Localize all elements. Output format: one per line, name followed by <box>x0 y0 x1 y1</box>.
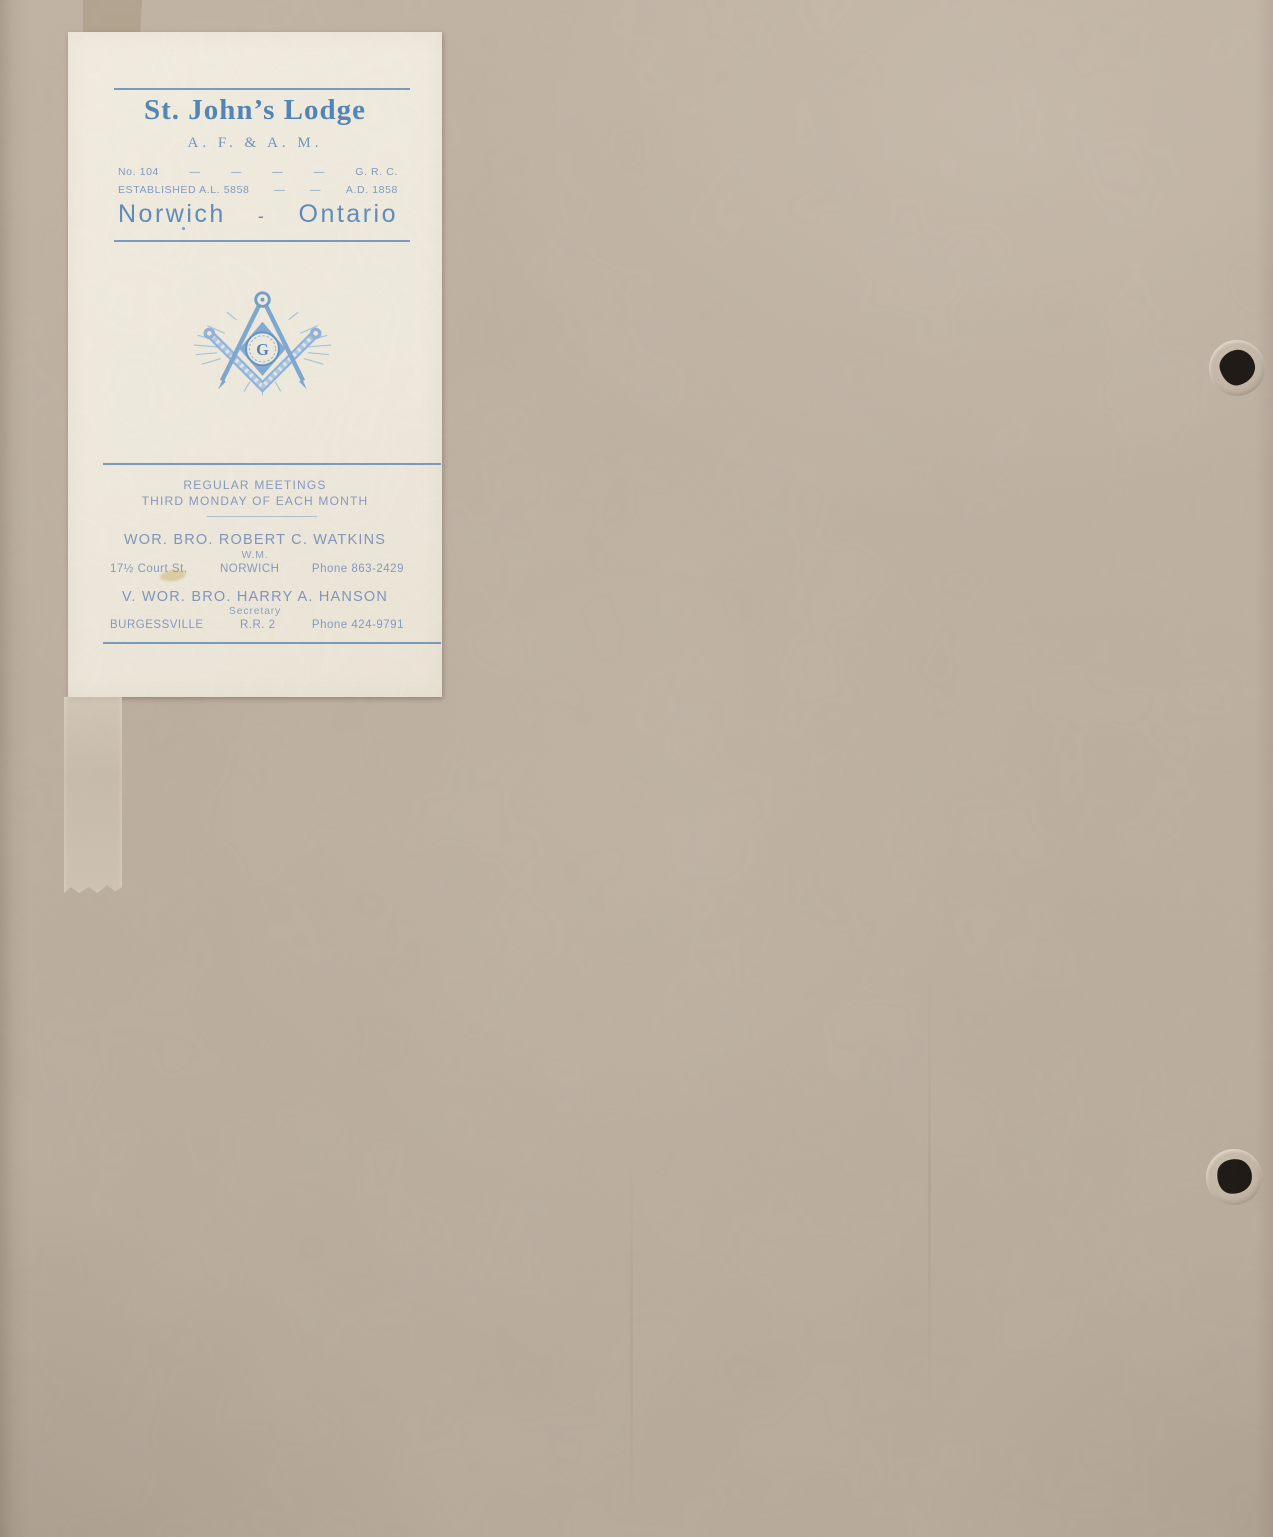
dash: — <box>272 166 283 178</box>
punch-hole-top <box>1209 340 1265 396</box>
punch-hole-bottom <box>1206 1149 1262 1205</box>
officer-title: Secretary <box>68 605 442 617</box>
officer-contact-row: 17½ Court St. NORWICH Phone 863-2429 <box>110 563 404 575</box>
tape-strip-left <box>64 697 122 893</box>
officer-place: NORWICH <box>220 563 280 575</box>
officer-phone: Phone 863-2429 <box>312 563 404 575</box>
established-label: ESTABLISHED A.L. 5858 <box>118 184 249 196</box>
established-row: ESTABLISHED A.L. 5858 — — A.D. 1858 <box>118 184 398 196</box>
lodge-number: No. 104 <box>118 166 159 178</box>
card-title: St. John’s Lodge <box>68 94 442 127</box>
officer-phone: Phone 424-9791 <box>312 619 404 631</box>
horizontal-rule <box>103 642 441 644</box>
established-year: A.D. 1858 <box>346 184 398 196</box>
officer-address: BURGESSVILLE <box>110 619 204 631</box>
dash: — <box>189 166 200 178</box>
punch-hole-opening <box>1215 1157 1255 1197</box>
horizontal-rule <box>114 88 410 90</box>
scrapbook-page-photo: St. John’s Lodge A. F. & A. M. No. 104 —… <box>0 0 1273 1537</box>
paper-crease <box>928 950 931 1430</box>
dash: — <box>310 184 321 196</box>
lodge-notice-card: St. John’s Lodge A. F. & A. M. No. 104 —… <box>68 32 442 697</box>
short-divider-rule <box>207 516 317 517</box>
grand-lodge-abbr: G. R. C. <box>355 166 398 178</box>
location-province: Ontario <box>299 200 398 229</box>
horizontal-rule <box>114 240 410 242</box>
meetings-line2: THIRD MONDAY OF EACH MONTH <box>68 494 442 508</box>
officer-title: W.M. <box>68 549 442 561</box>
lodge-number-row: No. 104 — — — — G. R. C. <box>118 166 398 178</box>
location-town: Norwich <box>118 200 226 229</box>
location-separator: - <box>258 206 267 227</box>
punch-hole-opening <box>1216 346 1258 388</box>
emblem-letter-g: G <box>256 340 269 359</box>
dash: — <box>314 166 325 178</box>
ink-speck <box>182 227 185 230</box>
meetings-line1: REGULAR MEETINGS <box>68 478 442 492</box>
officer-contact-row: BURGESSVILLE R.R. 2 Phone 424-9791 <box>110 619 404 631</box>
dash: — <box>231 166 242 178</box>
horizontal-rule <box>103 463 441 465</box>
officer-place: R.R. 2 <box>240 619 276 631</box>
paper-crease <box>630 1150 633 1530</box>
officer-name: WOR. BRO. ROBERT C. WATKINS <box>68 532 442 548</box>
square-and-compasses-icon: G <box>190 287 335 405</box>
location-row: Norwich - Ontario <box>118 200 398 229</box>
dash: — <box>274 184 285 196</box>
card-subtitle: A. F. & A. M. <box>68 135 442 152</box>
officer-name: V. WOR. BRO. HARRY A. HANSON <box>68 589 442 605</box>
